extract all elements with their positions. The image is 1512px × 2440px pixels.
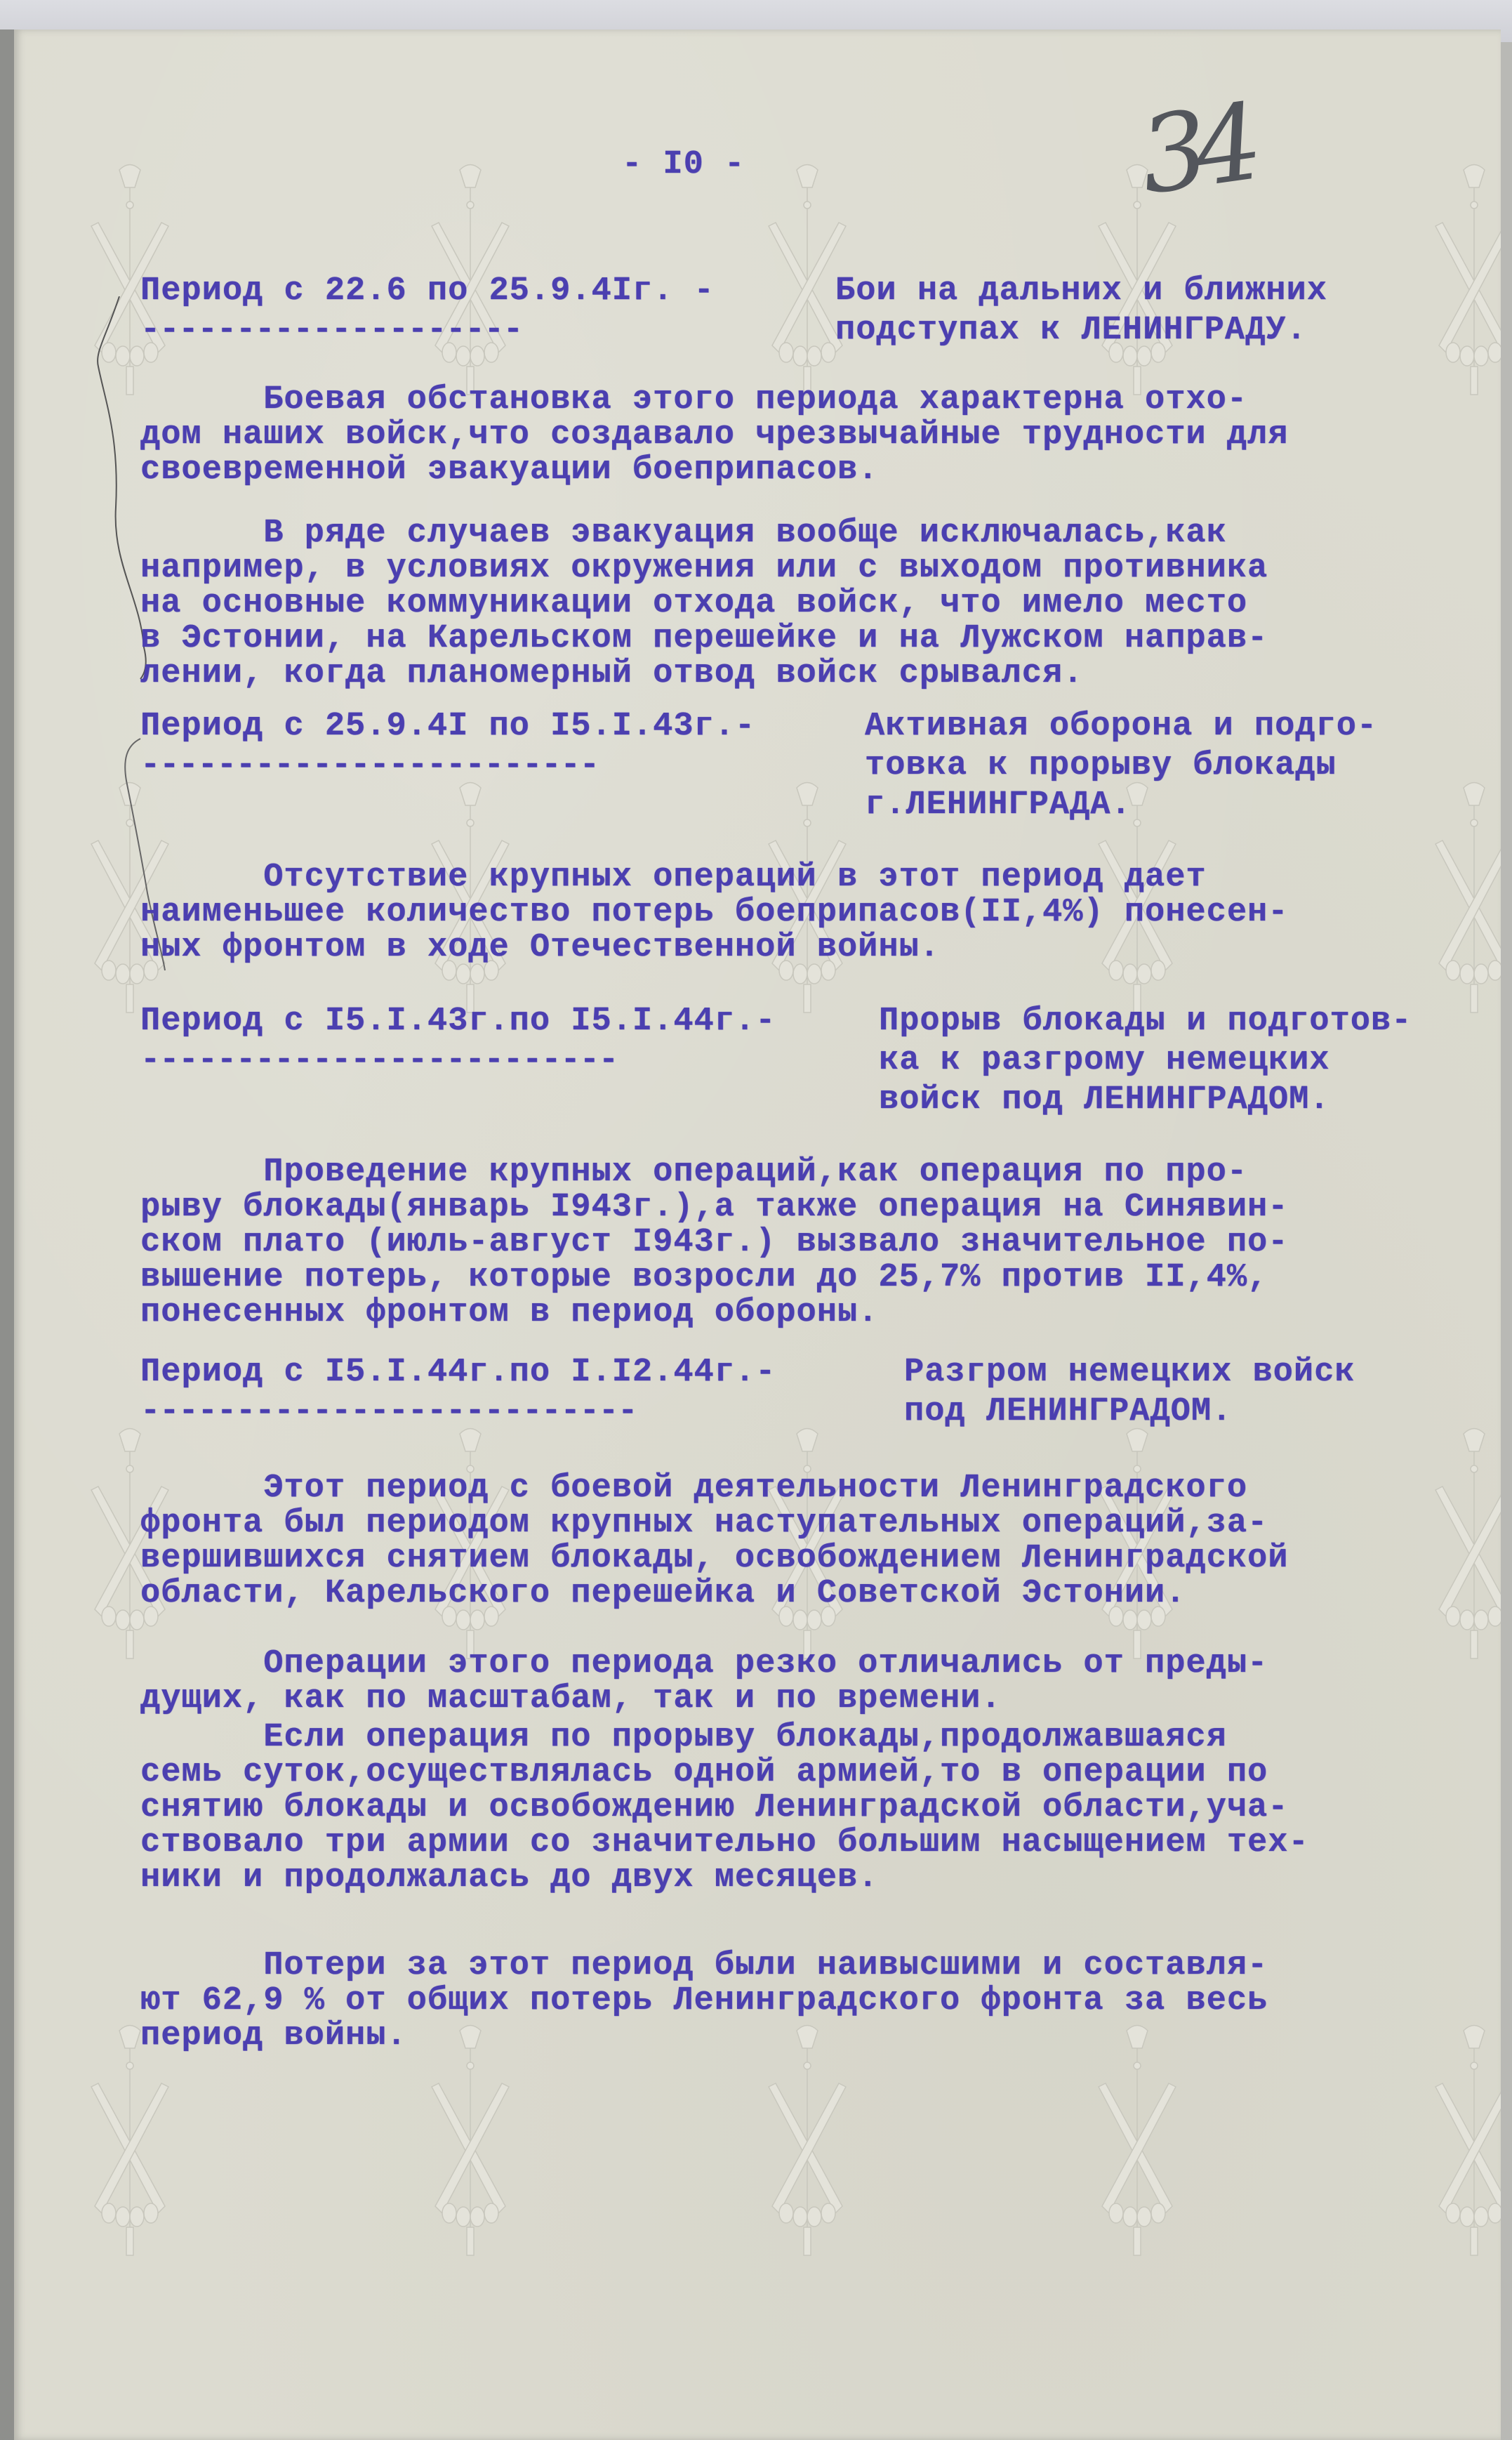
paragraph-line: Этот период с боевой деятельности Ленинг…: [140, 1469, 1247, 1508]
section-heading-underline: --------------------: [140, 311, 522, 350]
paragraph-line: ных фронтом в ходе Отечественной войны.: [140, 928, 940, 968]
paragraph-line: семь суток,осуществлялась одной армией,т…: [140, 1753, 1268, 1793]
paragraph-line: период войны.: [140, 2017, 407, 2056]
paragraph-line: наименьшее количество потерь боеприпасов…: [140, 893, 1288, 932]
paragraph-line: вершившихся снятием блокады, освобождени…: [140, 1539, 1288, 1578]
section-heading-title: подступах к ЛЕНИНГРАДУ.: [835, 311, 1307, 350]
paragraph-line: рыву блокады(январь I943г.),а также опер…: [140, 1188, 1288, 1227]
section-heading-title: Прорыв блокады и подготов-: [879, 1002, 1412, 1041]
section-heading-period: Период с 25.9.4I по I5.I.43г.-: [140, 707, 755, 746]
paragraph-line: дущих, как по масштабам, так и по времен…: [140, 1680, 1002, 1719]
section-heading-title: Бои на дальних и ближних: [835, 272, 1327, 311]
section-heading-underline: --------------------------: [140, 1392, 637, 1432]
page-number: - I0 -: [622, 145, 745, 185]
paragraph-line: ствовало три армии со значительно больши…: [140, 1824, 1309, 1863]
paragraph-line: дом наших войск,что создавало чрезвычайн…: [140, 416, 1288, 455]
section-heading-period: Период с I5.I.44г.по I.I2.44г.-: [140, 1353, 776, 1392]
paragraph-line: ники и продолжалась до двух месяцев.: [140, 1859, 878, 1898]
paragraph-line: понесенных фронтом в период обороны.: [140, 1293, 878, 1333]
section-heading-title: войск под ЛЕНИНГРАДОМ.: [879, 1081, 1330, 1120]
section-heading-title: Активная оборона и подго-: [865, 707, 1377, 746]
paragraph-line: области, Карельского перешейка и Советск…: [140, 1574, 1186, 1614]
section-heading-underline: ------------------------: [140, 746, 599, 786]
paragraph-line: ском плато (июль-август I943г.) вызвало …: [140, 1223, 1288, 1262]
paragraph-line: Проведение крупных операций,как операция…: [140, 1153, 1247, 1192]
paragraph-line: вышение потерь, которые возросли до 25,7…: [140, 1258, 1268, 1298]
paragraph-line: Боевая обстановка этого периода характер…: [140, 381, 1247, 420]
paragraph-line: лении, когда планомерный отвод войск сры…: [140, 654, 1083, 694]
section-heading-title: ка к разгрому немецких: [879, 1041, 1330, 1081]
section-heading-title: Разгром немецких войск: [904, 1353, 1355, 1392]
section-heading-underline: -------------------------: [140, 1041, 618, 1081]
paragraph-line: В ряде случаев эвакуация вообще исключал…: [140, 514, 1227, 553]
paragraph-line: на основные коммуникации отхода войск, ч…: [140, 584, 1247, 624]
document-page: - I0 - 34 Период с 22.6 по 25.9.4Iг. ---…: [14, 29, 1501, 2440]
paragraph-line: ют 62,9 % от общих потерь Ленинградского…: [140, 1981, 1268, 2021]
section-heading-period: Период с I5.I.43г.по I5.I.44г.-: [140, 1002, 776, 1041]
paragraph-line: фронта был периодом крупных наступательн…: [140, 1504, 1268, 1543]
section-heading-title: под ЛЕНИНГРАДОМ.: [904, 1392, 1232, 1432]
section-heading-title: товка к прорыву блокады: [865, 746, 1337, 786]
scan-left-edge: [0, 29, 14, 2440]
handwritten-sheet-number: 34: [1133, 82, 1258, 218]
paragraph-line: Отсутствие крупных операций в этот перио…: [140, 858, 1207, 897]
paragraph-line: Операции этого периода резко отличались …: [140, 1644, 1268, 1684]
paragraph-line: Если операция по прорыву блокады,продолж…: [140, 1718, 1227, 1758]
paragraph-line: в Эстонии, на Карельском перешейке и на …: [140, 619, 1268, 659]
paragraph-line: Потери за этот период были наивысшими и …: [140, 1946, 1268, 1986]
section-heading-title: г.ЛЕНИНГРАДА.: [865, 786, 1132, 825]
section-heading-period: Период с 22.6 по 25.9.4Iг. -: [140, 272, 715, 311]
paragraph-line: например, в условиях окружения или с вых…: [140, 549, 1268, 588]
paragraph-line: снятию блокады и освобождению Ленинградс…: [140, 1788, 1288, 1828]
paragraph-line: своевременной эвакуации боеприпасов.: [140, 451, 878, 490]
